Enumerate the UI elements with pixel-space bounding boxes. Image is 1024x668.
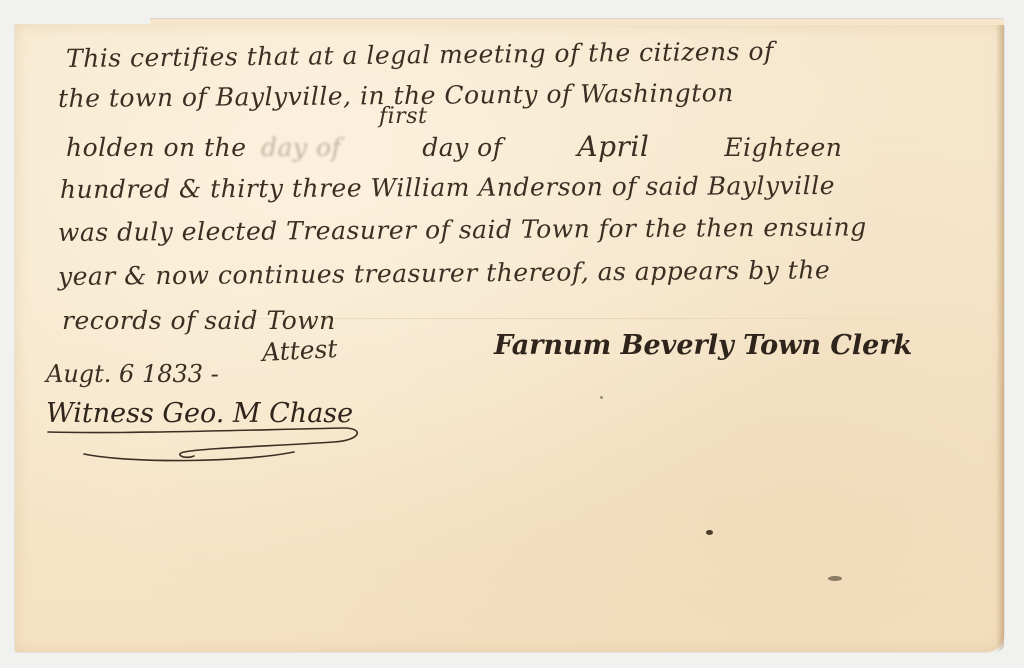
struck-out-word: day of (261, 133, 341, 162)
line3-part2: day of (422, 133, 502, 162)
ink-spot (600, 396, 603, 399)
signature-flourish-icon (44, 424, 374, 468)
document-date: Augt. 6 1833 - (46, 360, 219, 388)
inserted-word: first (379, 104, 427, 129)
document-viewer: This certifies that at a legal meeting o… (0, 0, 1024, 668)
text-line-5: was duly elected Treasurer of said Town … (58, 212, 867, 247)
paper-top-edge (150, 19, 1004, 25)
text-line-3: holden on the day of first day of April … (66, 130, 842, 163)
line3-part3: Eighteen (724, 133, 842, 162)
text-line-4: hundred & thirty three William Anderson … (60, 171, 835, 204)
ink-spot (706, 530, 713, 535)
month-word: April (577, 130, 649, 163)
ink-spot (828, 576, 842, 581)
text-line-7: records of said Town (62, 306, 336, 335)
line3-part1: holden on the (66, 133, 247, 162)
attest-label: Attest (261, 334, 338, 367)
clerk-signature: Farnum Beverly Town Clerk (494, 330, 912, 361)
